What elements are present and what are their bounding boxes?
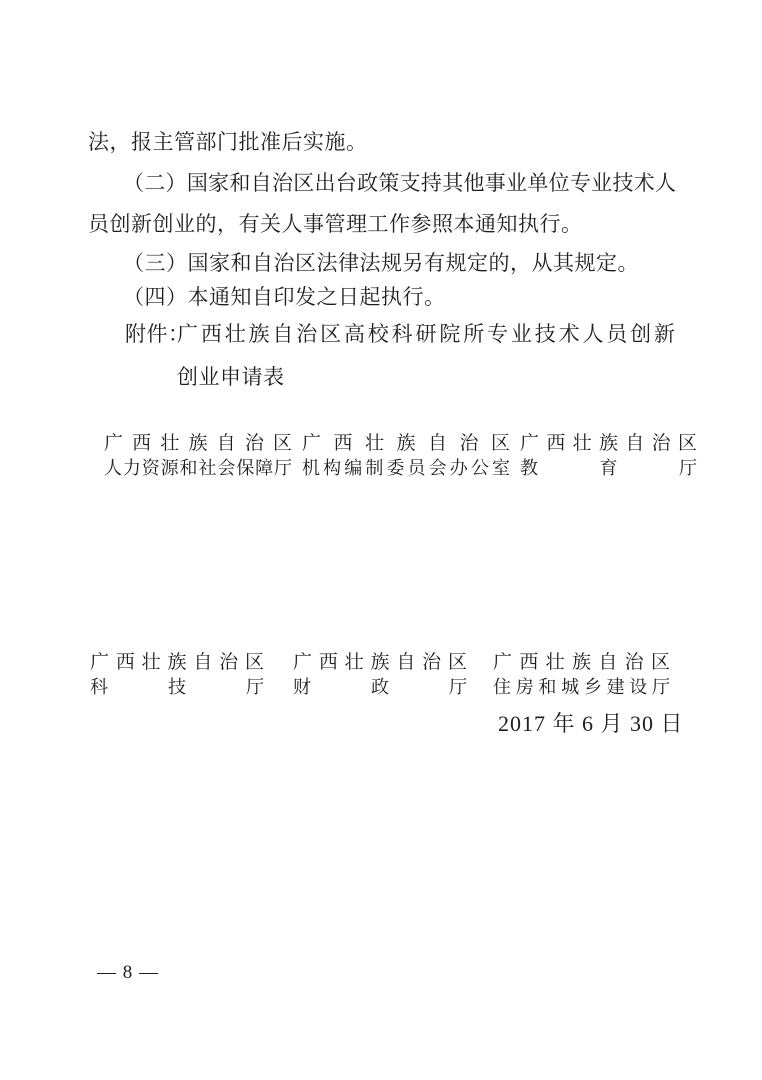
signature-dept-line: 住房和城乡建设厅 [493, 675, 670, 700]
page-number: — 8 — [97, 963, 159, 983]
signature-region-line: 广西壮族自治区 [302, 431, 510, 456]
signature-dept-line: 教育厅 [520, 456, 697, 481]
signature-region-line: 广西壮族自治区 [104, 431, 292, 456]
signature-region-line: 广西壮族自治区 [520, 431, 697, 456]
body-line-1: 法，报主管部门批准后实施。 [88, 131, 368, 154]
attachment-title-line1: 广西壮族自治区高校科研院所专业技术人员创新 [177, 323, 675, 346]
body-line-3: 员创新创业的，有关人事管理工作参照本通知执行。 [88, 213, 583, 236]
signature-block-hrss: 广西壮族自治区 人力资源和社会保障厅 [104, 431, 292, 481]
document-date: 2017 年 6 月 30 日 [498, 711, 684, 737]
signature-region-line: 广西壮族自治区 [493, 650, 670, 675]
signature-block-education: 广西壮族自治区 教育厅 [520, 431, 697, 481]
body-line-2: （二）国家和自治区出台政策支持其他事业单位专业技术人 [123, 172, 676, 195]
signature-block-science: 广西壮族自治区 科技厅 [90, 650, 264, 700]
signature-block-finance: 广西壮族自治区 财政厅 [293, 650, 467, 700]
signature-dept-line: 科技厅 [90, 675, 264, 700]
body-line-4: （三）国家和自治区法律法规另有规定的，从其规定。 [123, 252, 639, 275]
signature-block-bianban: 广西壮族自治区 机构编制委员会办公室 [302, 431, 510, 481]
attachment-title-line2: 创业申请表 [177, 366, 285, 389]
signature-region-line: 广西壮族自治区 [90, 650, 264, 675]
signature-dept-line: 人力资源和社会保障厅 [104, 456, 292, 481]
signature-region-line: 广西壮族自治区 [293, 650, 467, 675]
document-page: 法，报主管部门批准后实施。 （二）国家和自治区出台政策支持其他事业单位专业技术人… [0, 0, 762, 1080]
signature-dept-line: 财政厅 [293, 675, 467, 700]
body-line-5: （四）本通知自印发之日起执行。 [123, 286, 446, 309]
signature-block-housing: 广西壮族自治区 住房和城乡建设厅 [493, 650, 670, 700]
signature-dept-line: 机构编制委员会办公室 [302, 456, 510, 481]
